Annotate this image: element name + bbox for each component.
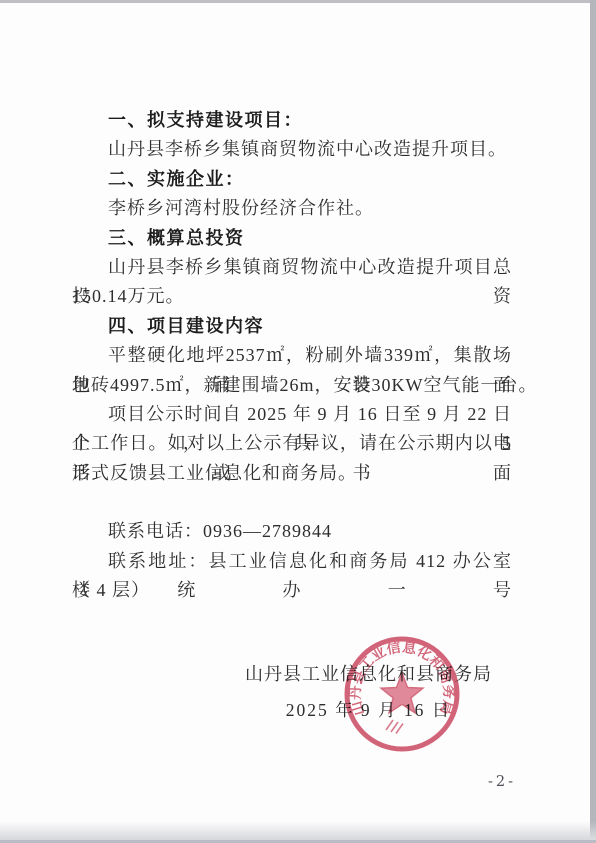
section2-heading: 二、实施企业：: [72, 165, 512, 194]
notice-period-line1: 项目公示时间自 2025 年 9 月 16 日至 9 月 22 日止，共 5: [72, 400, 512, 429]
notice-period-line2: 个工作日。如对以上公示有异议，请在公示期内以电话或书面: [72, 429, 512, 458]
section4-heading: 四、项目建设内容: [72, 312, 512, 341]
issuing-org: 山丹县工业信息化和县商务局: [245, 662, 492, 686]
page-number: -2-: [488, 774, 516, 790]
section4-body-line1: 平整硬化地坪2537㎡，粉刷外墙339㎡，集散场地铺设面: [72, 341, 512, 370]
scan-edge-top: [0, 0, 596, 3]
section3-heading: 三、概算总投资: [72, 224, 512, 253]
notice-body: 一、拟支持建设项目： 山丹县李桥乡集镇商贸物流中心改造提升项目。 二、实施企业：…: [72, 106, 512, 606]
blank-line: [72, 488, 512, 517]
scan-edge-right: [590, 0, 596, 843]
signature-block: 山丹县工业信息化和县商务局 2025 年 9 月 16 日: [245, 662, 492, 722]
issue-date: 2025 年 9 月 16 日: [286, 698, 452, 722]
section3-body-line1: 山丹县李桥乡集镇商贸物流中心改造提升项目总投资: [72, 253, 512, 282]
section4-body-line2: 包砖4997.5㎡，新建围墙26m，安装30KW空气能一台。: [72, 371, 512, 400]
section1-heading: 一、拟支持建设项目：: [72, 106, 512, 135]
section2-body: 李桥乡河湾村股份经济合作社。: [72, 194, 512, 223]
contact-phone: 联系电话：0936—2789844: [72, 517, 512, 546]
section1-body: 山丹县李桥乡集镇商贸物流中心改造提升项目。: [72, 135, 512, 164]
seal-code-marks: [386, 720, 403, 734]
contact-address-line1: 联系地址：县工业信息化和商务局 412 办公室（统办一号: [72, 547, 512, 576]
